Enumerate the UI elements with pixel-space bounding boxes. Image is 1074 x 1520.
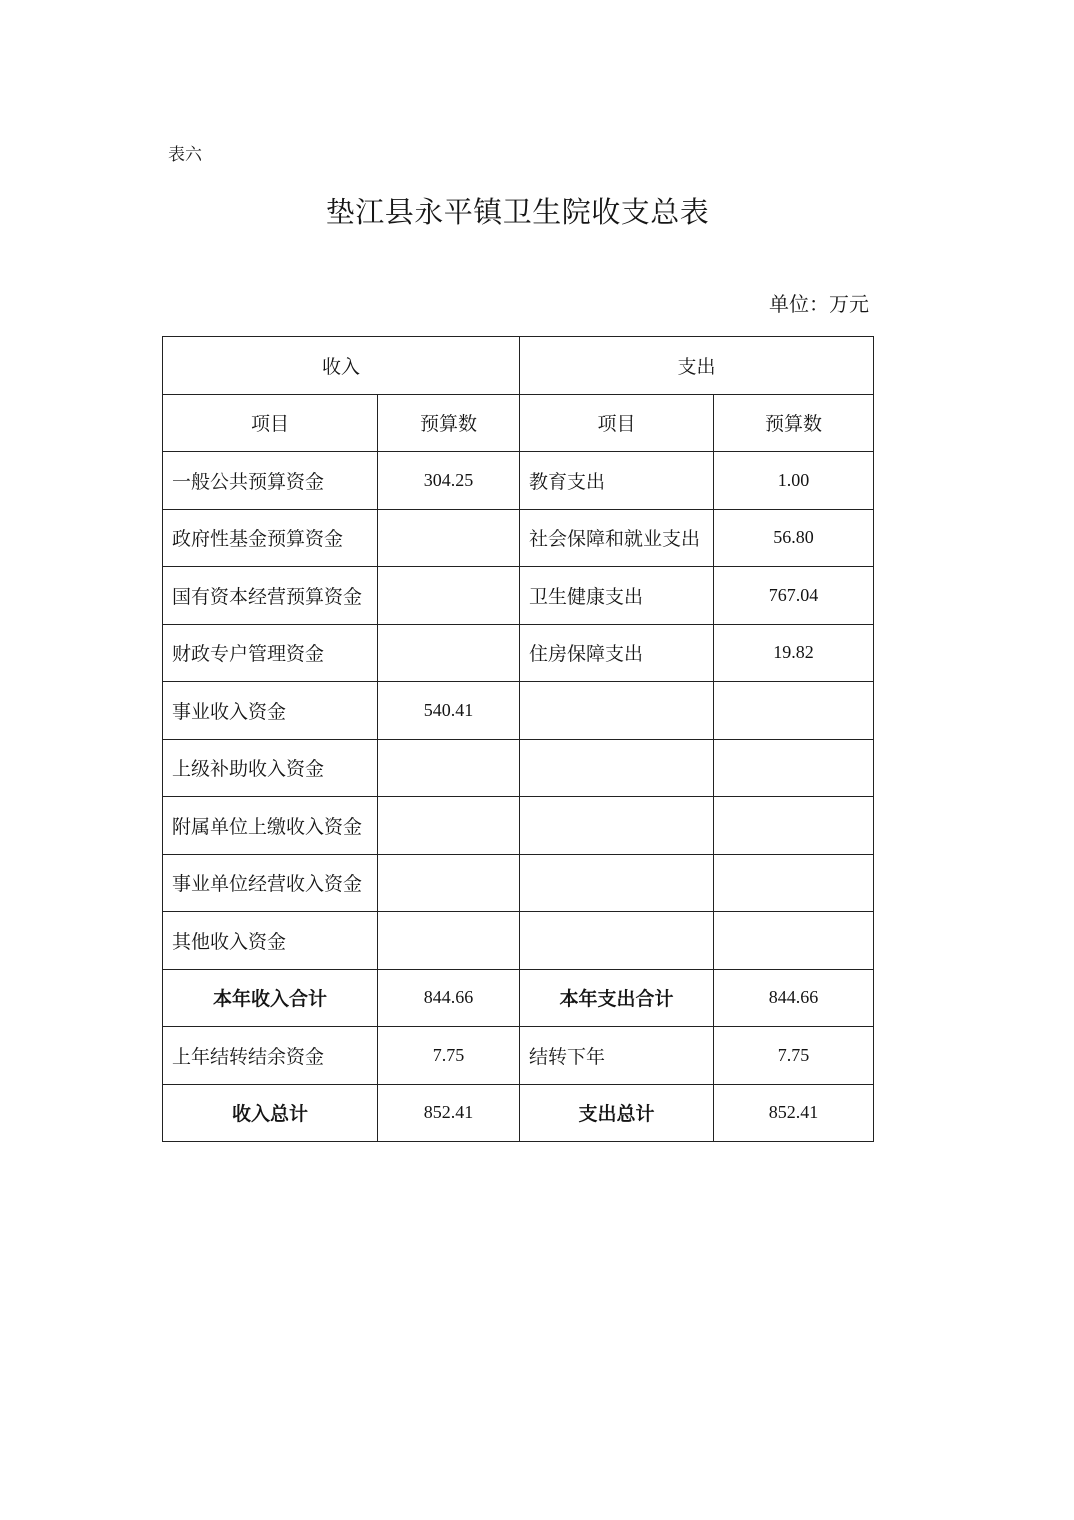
expense-budget-header: 预算数 xyxy=(714,394,874,452)
income-budget-cell xyxy=(378,854,520,912)
expense-item-cell xyxy=(520,854,714,912)
income-item-cell: 政府性基金预算资金 xyxy=(163,509,378,567)
expense-item-cell xyxy=(520,682,714,740)
table-row: 其他收入资金 xyxy=(163,912,874,970)
income-budget-cell xyxy=(378,739,520,797)
income-budget-cell xyxy=(378,567,520,625)
income-total-value: 844.66 xyxy=(378,969,520,1027)
expenditure-group-header: 支出 xyxy=(520,337,874,395)
income-budget-cell xyxy=(378,912,520,970)
expense-budget-cell xyxy=(714,739,874,797)
expense-item-cell xyxy=(520,739,714,797)
expense-budget-cell xyxy=(714,854,874,912)
income-item-cell: 一般公共预算资金 xyxy=(163,452,378,510)
expense-item-header: 项目 xyxy=(520,394,714,452)
income-item-header: 项目 xyxy=(163,394,378,452)
income-item-cell: 其他收入资金 xyxy=(163,912,378,970)
income-budget-cell: 304.25 xyxy=(378,452,520,510)
table-row: 财政专户管理资金 住房保障支出 19.82 xyxy=(163,624,874,682)
expense-grand-total-value: 852.41 xyxy=(714,1084,874,1142)
income-item-cell: 事业单位经营收入资金 xyxy=(163,854,378,912)
income-item-cell: 上年结转结余资金 xyxy=(163,1027,378,1085)
expense-item-cell: 卫生健康支出 xyxy=(520,567,714,625)
table-row: 附属单位上缴收入资金 xyxy=(163,797,874,855)
income-item-cell: 事业收入资金 xyxy=(163,682,378,740)
expense-item-cell: 社会保障和就业支出 xyxy=(520,509,714,567)
table-row: 事业单位经营收入资金 xyxy=(163,854,874,912)
sheet-label: 表六 xyxy=(168,144,202,166)
income-grand-total-label: 收入总计 xyxy=(163,1084,378,1142)
income-expenditure-table: 收入 支出 项目 预算数 项目 预算数 一般公共预算资金 304.25 教育支出… xyxy=(162,336,874,1142)
document-page: 表六 垫江县永平镇卫生院收支总表 单位：万元 收入 支出 项目 预算数 项目 预… xyxy=(0,0,1074,1520)
expense-grand-total-label: 支出总计 xyxy=(520,1084,714,1142)
column-header-row: 项目 预算数 项目 预算数 xyxy=(163,394,874,452)
income-budget-cell xyxy=(378,624,520,682)
expense-budget-cell: 1.00 xyxy=(714,452,874,510)
expense-budget-cell: 19.82 xyxy=(714,624,874,682)
expense-budget-cell: 767.04 xyxy=(714,567,874,625)
expense-budget-cell: 7.75 xyxy=(714,1027,874,1085)
income-item-cell: 财政专户管理资金 xyxy=(163,624,378,682)
expense-item-cell: 结转下年 xyxy=(520,1027,714,1085)
income-item-cell: 上级补助收入资金 xyxy=(163,739,378,797)
expense-total-label: 本年支出合计 xyxy=(520,969,714,1027)
income-grand-total-value: 852.41 xyxy=(378,1084,520,1142)
table-row: 政府性基金预算资金 社会保障和就业支出 56.80 xyxy=(163,509,874,567)
income-total-label: 本年收入合计 xyxy=(163,969,378,1027)
income-group-header: 收入 xyxy=(163,337,520,395)
expense-budget-cell: 56.80 xyxy=(714,509,874,567)
expense-item-cell xyxy=(520,912,714,970)
expense-budget-cell xyxy=(714,797,874,855)
table-row: 一般公共预算资金 304.25 教育支出 1.00 xyxy=(163,452,874,510)
income-budget-cell: 7.75 xyxy=(378,1027,520,1085)
carryover-row: 上年结转结余资金 7.75 结转下年 7.75 xyxy=(163,1027,874,1085)
expense-item-cell: 住房保障支出 xyxy=(520,624,714,682)
table-row: 事业收入资金 540.41 xyxy=(163,682,874,740)
table-row: 国有资本经营预算资金 卫生健康支出 767.04 xyxy=(163,567,874,625)
page-title: 垫江县永平镇卫生院收支总表 xyxy=(162,194,873,232)
expense-item-cell xyxy=(520,797,714,855)
expense-budget-cell xyxy=(714,682,874,740)
unit-note: 单位：万元 xyxy=(162,292,873,318)
grand-total-row: 收入总计 852.41 支出总计 852.41 xyxy=(163,1084,874,1142)
annual-total-row: 本年收入合计 844.66 本年支出合计 844.66 xyxy=(163,969,874,1027)
expense-item-cell: 教育支出 xyxy=(520,452,714,510)
expense-budget-cell xyxy=(714,912,874,970)
income-budget-cell: 540.41 xyxy=(378,682,520,740)
income-budget-cell xyxy=(378,509,520,567)
expense-total-value: 844.66 xyxy=(714,969,874,1027)
group-header-row: 收入 支出 xyxy=(163,337,874,395)
income-budget-header: 预算数 xyxy=(378,394,520,452)
table-row: 上级补助收入资金 xyxy=(163,739,874,797)
income-budget-cell xyxy=(378,797,520,855)
income-item-cell: 附属单位上缴收入资金 xyxy=(163,797,378,855)
income-item-cell: 国有资本经营预算资金 xyxy=(163,567,378,625)
